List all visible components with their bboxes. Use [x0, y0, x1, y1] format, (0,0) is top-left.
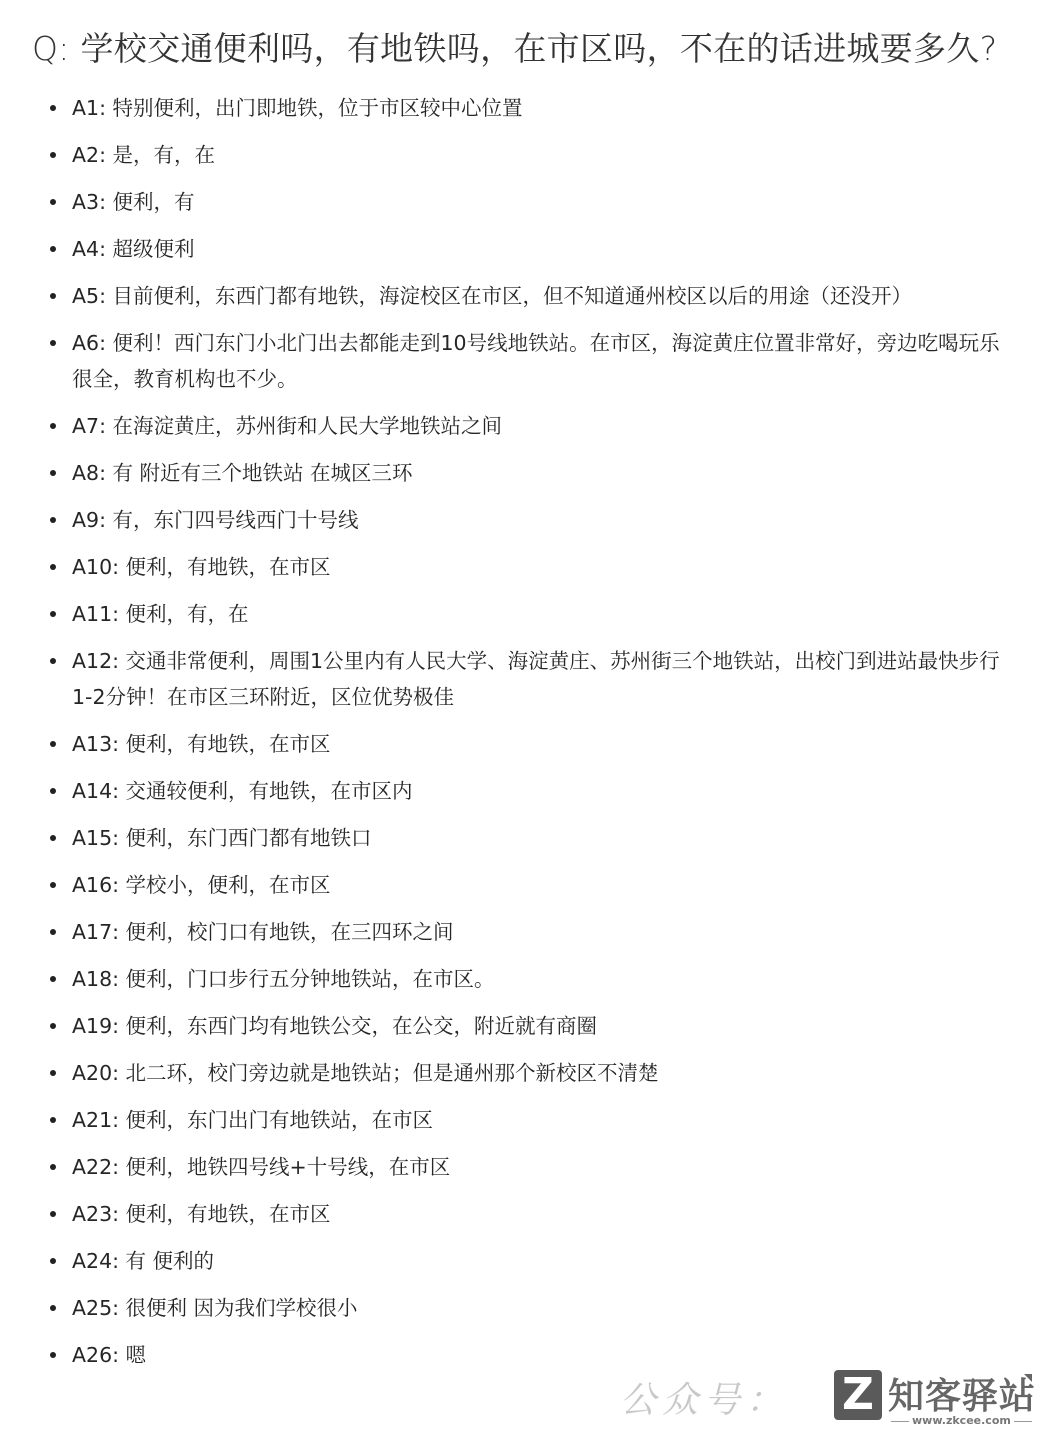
bullet-icon	[50, 1305, 56, 1311]
answer-text: A11: 便利，有，在	[72, 602, 249, 626]
answer-text: A1: 特别便利，出门即地铁，位于市区较中心位置	[72, 96, 523, 120]
bullet-icon	[50, 1117, 56, 1123]
list-item: A4: 超级便利	[32, 231, 1012, 267]
list-item: A25: 很便利 因为我们学校很小	[32, 1290, 1012, 1326]
bullet-icon	[50, 1164, 56, 1170]
answer-text: A4: 超级便利	[72, 237, 195, 261]
bullet-icon	[50, 611, 56, 617]
answer-text: A20: 北二环，校门旁边就是地铁站；但是通州那个新校区不清楚	[72, 1061, 659, 1085]
list-item: A1: 特别便利，出门即地铁，位于市区较中心位置	[32, 90, 1012, 126]
bullet-icon	[50, 293, 56, 299]
list-item: A16: 学校小，便利，在市区	[32, 867, 1012, 903]
answer-text: A13: 便利，有地铁，在市区	[72, 732, 331, 756]
list-item: A12: 交通非常便利，周围1公里内有人民大学、海淀黄庄、苏州街三个地铁站，出校…	[32, 643, 1012, 715]
list-item: A14: 交通较便利，有地铁，在市区内	[32, 773, 1012, 809]
bullet-icon	[50, 1352, 56, 1358]
list-item: A5: 目前便利，东西门都有地铁，海淀校区在市区，但不知道通州校区以后的用途（还…	[32, 278, 1012, 314]
answer-text: A10: 便利，有地铁，在市区	[72, 555, 331, 579]
question-heading: Q: 学校交通便利吗，有地铁吗，在市区吗，不在的话进城要多久?	[32, 26, 1012, 72]
answer-text: A19: 便利，东西门均有地铁公交，在公交，附近就有商圈	[72, 1014, 597, 1038]
bullet-icon	[50, 976, 56, 982]
answer-text: A6: 便利！西门东门小北门出去都能走到10号线地铁站。在市区，海淀黄庄位置非常…	[72, 331, 1000, 391]
bullet-icon	[50, 340, 56, 346]
answer-text: A3: 便利，有	[72, 190, 195, 214]
answer-text: A7: 在海淀黄庄，苏州街和人民大学地铁站之间	[72, 414, 502, 438]
bullet-icon	[50, 246, 56, 252]
answer-text: A14: 交通较便利，有地铁，在市区内	[72, 779, 413, 803]
list-item: A15: 便利，东门西门都有地铁口	[32, 820, 1012, 856]
list-item: A9: 有，东门四号线西门十号线	[32, 502, 1012, 538]
document: Q: 学校交通便利吗，有地铁吗，在市区吗，不在的话进城要多久? A1: 特别便利…	[32, 26, 1012, 1384]
bullet-icon	[50, 470, 56, 476]
bullet-icon	[50, 835, 56, 841]
answer-text: A25: 很便利 因为我们学校很小	[72, 1296, 358, 1320]
answer-text: A5: 目前便利，东西门都有地铁，海淀校区在市区，但不知道通州校区以后的用途（还…	[72, 284, 912, 308]
bullet-icon	[50, 423, 56, 429]
bullet-icon	[50, 658, 56, 664]
answer-text: A17: 便利，校门口有地铁，在三四环之间	[72, 920, 454, 944]
answer-text: A26: 嗯	[72, 1343, 146, 1367]
answer-text: A9: 有，东门四号线西门十号线	[72, 508, 359, 532]
list-item: A24: 有 便利的	[32, 1243, 1012, 1279]
answer-list: A1: 特别便利，出门即地铁，位于市区较中心位置 A2: 是，有，在 A3: 便…	[32, 90, 1012, 1373]
list-item: A6: 便利！西门东门小北门出去都能走到10号线地铁站。在市区，海淀黄庄位置非常…	[32, 325, 1012, 397]
answer-text: A23: 便利，有地铁，在市区	[72, 1202, 331, 1226]
watermark-prefix: 公众号：	[620, 1372, 788, 1423]
bullet-icon	[50, 1023, 56, 1029]
list-item: A20: 北二环，校门旁边就是地铁站；但是通州那个新校区不清楚	[32, 1055, 1012, 1091]
watermark: 公众号： Z 知客驿站 www.zkcee.com	[612, 1366, 1037, 1435]
bullet-icon	[50, 1258, 56, 1264]
watermark-url: www.zkcee.com	[888, 1414, 1028, 1427]
answer-text: A15: 便利，东门西门都有地铁口	[72, 826, 372, 850]
list-item: A10: 便利，有地铁，在市区	[32, 549, 1012, 585]
watermark-brand: 知客驿站	[888, 1368, 1036, 1419]
bullet-icon	[50, 105, 56, 111]
list-item: A21: 便利，东门出门有地铁站，在市区	[32, 1102, 1012, 1138]
zkcee-logo-icon: Z	[834, 1370, 882, 1420]
list-item: A11: 便利，有，在	[32, 596, 1012, 632]
answer-text: A8: 有 附近有三个地铁站 在城区三环	[72, 461, 413, 485]
answer-text: A16: 学校小，便利，在市区	[72, 873, 331, 897]
arrow-icon	[1024, 1374, 1032, 1382]
list-item: A8: 有 附近有三个地铁站 在城区三环	[32, 455, 1012, 491]
answer-text: A22: 便利，地铁四号线+十号线，在市区	[72, 1155, 450, 1179]
list-item: A17: 便利，校门口有地铁，在三四环之间	[32, 914, 1012, 950]
answer-text: A18: 便利，门口步行五分钟地铁站，在市区。	[72, 967, 495, 991]
list-item: A22: 便利，地铁四号线+十号线，在市区	[32, 1149, 1012, 1185]
bullet-icon	[50, 564, 56, 570]
bullet-icon	[50, 929, 56, 935]
list-item: A19: 便利，东西门均有地铁公交，在公交，附近就有商圈	[32, 1008, 1012, 1044]
list-item: A7: 在海淀黄庄，苏州街和人民大学地铁站之间	[32, 408, 1012, 444]
list-item: A18: 便利，门口步行五分钟地铁站，在市区。	[32, 961, 1012, 997]
answer-text: A24: 有 便利的	[72, 1249, 214, 1273]
answer-text: A2: 是，有，在	[72, 143, 215, 167]
list-item: A23: 便利，有地铁，在市区	[32, 1196, 1012, 1232]
bullet-icon	[50, 741, 56, 747]
bullet-icon	[50, 1070, 56, 1076]
bullet-icon	[50, 1211, 56, 1217]
bullet-icon	[50, 199, 56, 205]
bullet-icon	[50, 517, 56, 523]
list-item: A2: 是，有，在	[32, 137, 1012, 173]
list-item: A3: 便利，有	[32, 184, 1012, 220]
bullet-icon	[50, 152, 56, 158]
bullet-icon	[50, 882, 56, 888]
answer-text: A21: 便利，东门出门有地铁站，在市区	[72, 1108, 433, 1132]
bullet-icon	[50, 788, 56, 794]
list-item: A13: 便利，有地铁，在市区	[32, 726, 1012, 762]
answer-text: A12: 交通非常便利，周围1公里内有人民大学、海淀黄庄、苏州街三个地铁站，出校…	[72, 649, 1000, 709]
